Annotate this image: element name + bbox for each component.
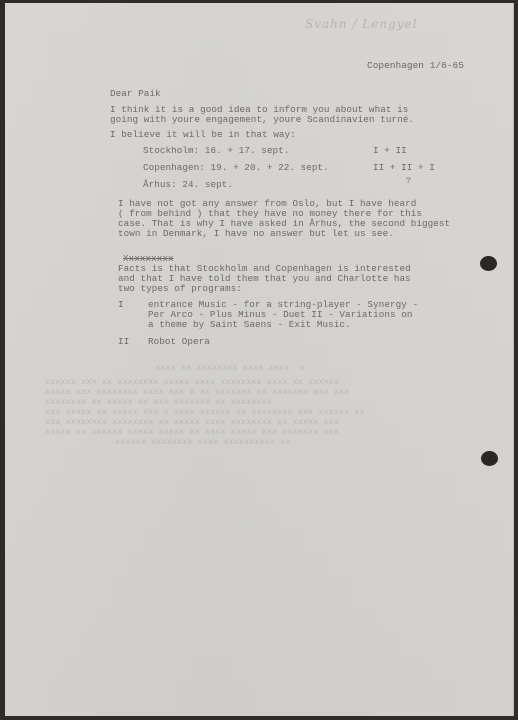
schedule-copenhagen: Copenhagen: 19. + 20. + 22. sept. (143, 163, 329, 173)
dateline: Copenhagen 1/6-65 (367, 60, 464, 71)
bleed-line-3: xxx xxx xxxxxxx xx xxxxxxx xx x xxx xxxx… (45, 387, 349, 397)
schedule-stockholm-programs: I + II (373, 146, 407, 156)
paragraph-2: I believe it will be in that way: (110, 130, 296, 140)
letter-page: Svahn / Lengyel Copenhagen 1/6-65 Dear P… (5, 3, 514, 716)
bleed-line-4: xxxxxxxx xx xxxxxxx xxx xx xxxxx xx xxxx… (45, 397, 272, 407)
program-2-numeral: II (118, 337, 129, 347)
handwritten-note: Svahn / Lengyel (305, 17, 417, 31)
bleed-line-6: xxx xxxxx xx xxxxxxxx xxxx xxxxx xx xxxx… (45, 417, 339, 427)
program-2-line-1: Robot Opera (148, 337, 210, 347)
paragraph-4-line-3: two types of programs: (118, 284, 242, 294)
salutation: Dear Paik (110, 89, 161, 99)
schedule-arhus: Århus: 24. sept. (143, 180, 233, 190)
schedule-copenhagen-programs: II + II + I (373, 163, 435, 173)
paragraph-1-line-2: going with youre engagement, youre Scand… (110, 115, 414, 125)
program-1-line-3: a theme by Saint Saens - Exit Music. (148, 320, 351, 330)
bleed-line-1: x xxxx xxxx xxxxxxxx xx xxxx (155, 363, 305, 373)
program-1-numeral: I (118, 300, 124, 310)
punch-hole-top (480, 256, 497, 271)
bleed-line-8: xx xxxxxxxxxx xxxx xxxxxxxx xxxxxx (115, 437, 290, 447)
schedule-arhus-programs: ? (406, 177, 411, 187)
bleed-line-5: xx xxxxxx xxx xxxxxxxx xx xxxxxx xxxx x … (45, 407, 365, 417)
bleed-line-7: xxx xxxxxxx xxx xxxxx xxxx xx xxxxx xxxx… (45, 427, 339, 437)
punch-hole-bottom (481, 451, 498, 466)
bleed-line-2: xxxxxx xx xxxx xxxxxxxx xxxx xxxxx xxxxx… (45, 377, 339, 387)
schedule-stockholm: Stockholm: 16. + 17. sept. (143, 146, 289, 156)
paragraph-3-line-4: town in Denmark, I have no answer but le… (118, 229, 394, 239)
